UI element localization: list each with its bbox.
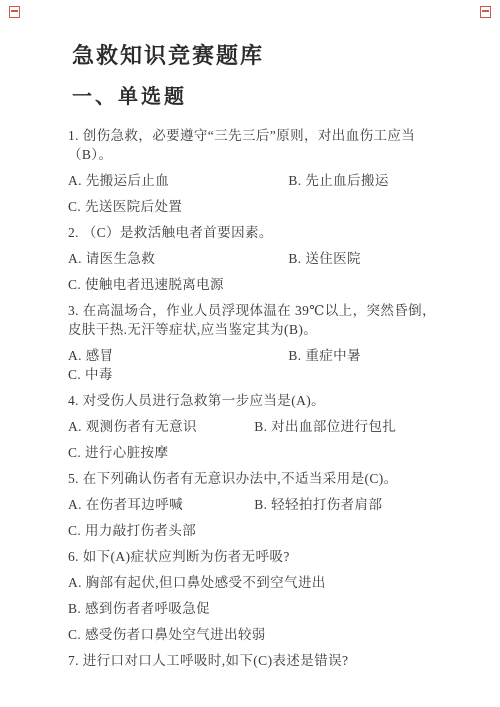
option-c: C. 先送医院后处置 bbox=[68, 197, 182, 216]
question-item-7: 7. 进行口对口人工呼吸时,如下(C)表述是错误? bbox=[68, 651, 448, 670]
option-a: A. 感冒 bbox=[68, 346, 288, 365]
question-item-4: 4. 对受伤人员进行急救第一步应当是(A)。A. 观测伤者有无意识B. 对出血部… bbox=[68, 391, 448, 462]
option-b: B. 对出血部位进行包扎 bbox=[254, 417, 396, 436]
option-row: A. 感冒B. 重症中暑 bbox=[68, 346, 448, 365]
option-a: A. 胸部有起伏,但口鼻处感受不到空气进出 bbox=[68, 573, 326, 592]
question-item-1: 1. 创伤急救，必要遵守“三先三后”原则，对出血伤工应当 （B）。A. 先搬运后… bbox=[68, 126, 448, 216]
option-c: C. 用力敲打伤者头部 bbox=[68, 521, 196, 540]
question-item-3: 3. 在高温场合，作业人员浮现体温在 39℃以上，突然昏倒，皮肤干热.无汗等症状… bbox=[68, 301, 448, 384]
document-title: 急救知识竞赛题库 bbox=[72, 42, 448, 70]
question-text: 3. 在高温场合，作业人员浮现体温在 39℃以上，突然昏倒，皮肤干热.无汗等症状… bbox=[68, 301, 448, 339]
option-row: C. 中毒 bbox=[68, 365, 448, 384]
option-row: B. 感到伤者者呼吸急促 bbox=[68, 599, 448, 618]
option-row: A. 胸部有起伏,但口鼻处感受不到空气进出 bbox=[68, 573, 448, 592]
question-text: 2. （C）是救活触电者首要因素。 bbox=[68, 223, 448, 242]
option-b: B. 送住医院 bbox=[288, 249, 361, 268]
option-c: C. 进行心脏按摩 bbox=[68, 443, 168, 462]
option-c: C. 使触电者迅速脱离电源 bbox=[68, 275, 224, 294]
red-stamp-mark-right bbox=[480, 6, 491, 18]
option-row: C. 使触电者迅速脱离电源 bbox=[68, 275, 448, 294]
option-row: A. 在伤者耳边呼喊B. 轻轻拍打伤者肩部 bbox=[68, 495, 448, 514]
red-stamp-mark-left bbox=[9, 6, 20, 18]
question-item-6: 6. 如下(A)症状应判断为伤者无呼吸?A. 胸部有起伏,但口鼻处感受不到空气进… bbox=[68, 547, 448, 644]
question-text: 7. 进行口对口人工呼吸时,如下(C)表述是错误? bbox=[68, 651, 448, 670]
question-text: 5. 在下列确认伤者有无意识办法中,不适当采用是(C)。 bbox=[68, 469, 448, 488]
option-b: B. 轻轻拍打伤者肩部 bbox=[254, 495, 382, 514]
option-row: C. 先送医院后处置 bbox=[68, 197, 448, 216]
option-row: A. 观测伤者有无意识B. 对出血部位进行包扎 bbox=[68, 417, 448, 436]
option-row: C. 进行心脏按摩 bbox=[68, 443, 448, 462]
option-b: B. 感到伤者者呼吸急促 bbox=[68, 599, 210, 618]
question-text: 6. 如下(A)症状应判断为伤者无呼吸? bbox=[68, 547, 448, 566]
option-row: C. 用力敲打伤者头部 bbox=[68, 521, 448, 540]
option-a: A. 请医生急救 bbox=[68, 249, 288, 268]
question-item-2: 2. （C）是救活触电者首要因素。A. 请医生急救B. 送住医院C. 使触电者迅… bbox=[68, 223, 448, 294]
document-page: 急救知识竞赛题库 一、单选题 1. 创伤急救，必要遵守“三先三后”原则，对出血伤… bbox=[0, 0, 500, 707]
option-a: A. 先搬运后止血 bbox=[68, 171, 288, 190]
question-list: 1. 创伤急救，必要遵守“三先三后”原则，对出血伤工应当 （B）。A. 先搬运后… bbox=[68, 126, 448, 670]
option-b: B. 重症中暑 bbox=[288, 346, 361, 365]
option-c: C. 中毒 bbox=[68, 365, 113, 384]
option-b: B. 先止血后搬运 bbox=[288, 171, 388, 190]
question-item-5: 5. 在下列确认伤者有无意识办法中,不适当采用是(C)。A. 在伤者耳边呼喊B.… bbox=[68, 469, 448, 540]
option-a: A. 在伤者耳边呼喊 bbox=[68, 495, 254, 514]
option-c: C. 感受伤者口鼻处空气进出较弱 bbox=[68, 625, 266, 644]
option-row: C. 感受伤者口鼻处空气进出较弱 bbox=[68, 625, 448, 644]
question-text: 4. 对受伤人员进行急救第一步应当是(A)。 bbox=[68, 391, 448, 410]
option-row: A. 请医生急救B. 送住医院 bbox=[68, 249, 448, 268]
option-row: A. 先搬运后止血B. 先止血后搬运 bbox=[68, 171, 448, 190]
section-heading-single-choice: 一、单选题 bbox=[72, 84, 448, 110]
option-a: A. 观测伤者有无意识 bbox=[68, 417, 254, 436]
question-text: 1. 创伤急救，必要遵守“三先三后”原则，对出血伤工应当 （B）。 bbox=[68, 126, 448, 164]
